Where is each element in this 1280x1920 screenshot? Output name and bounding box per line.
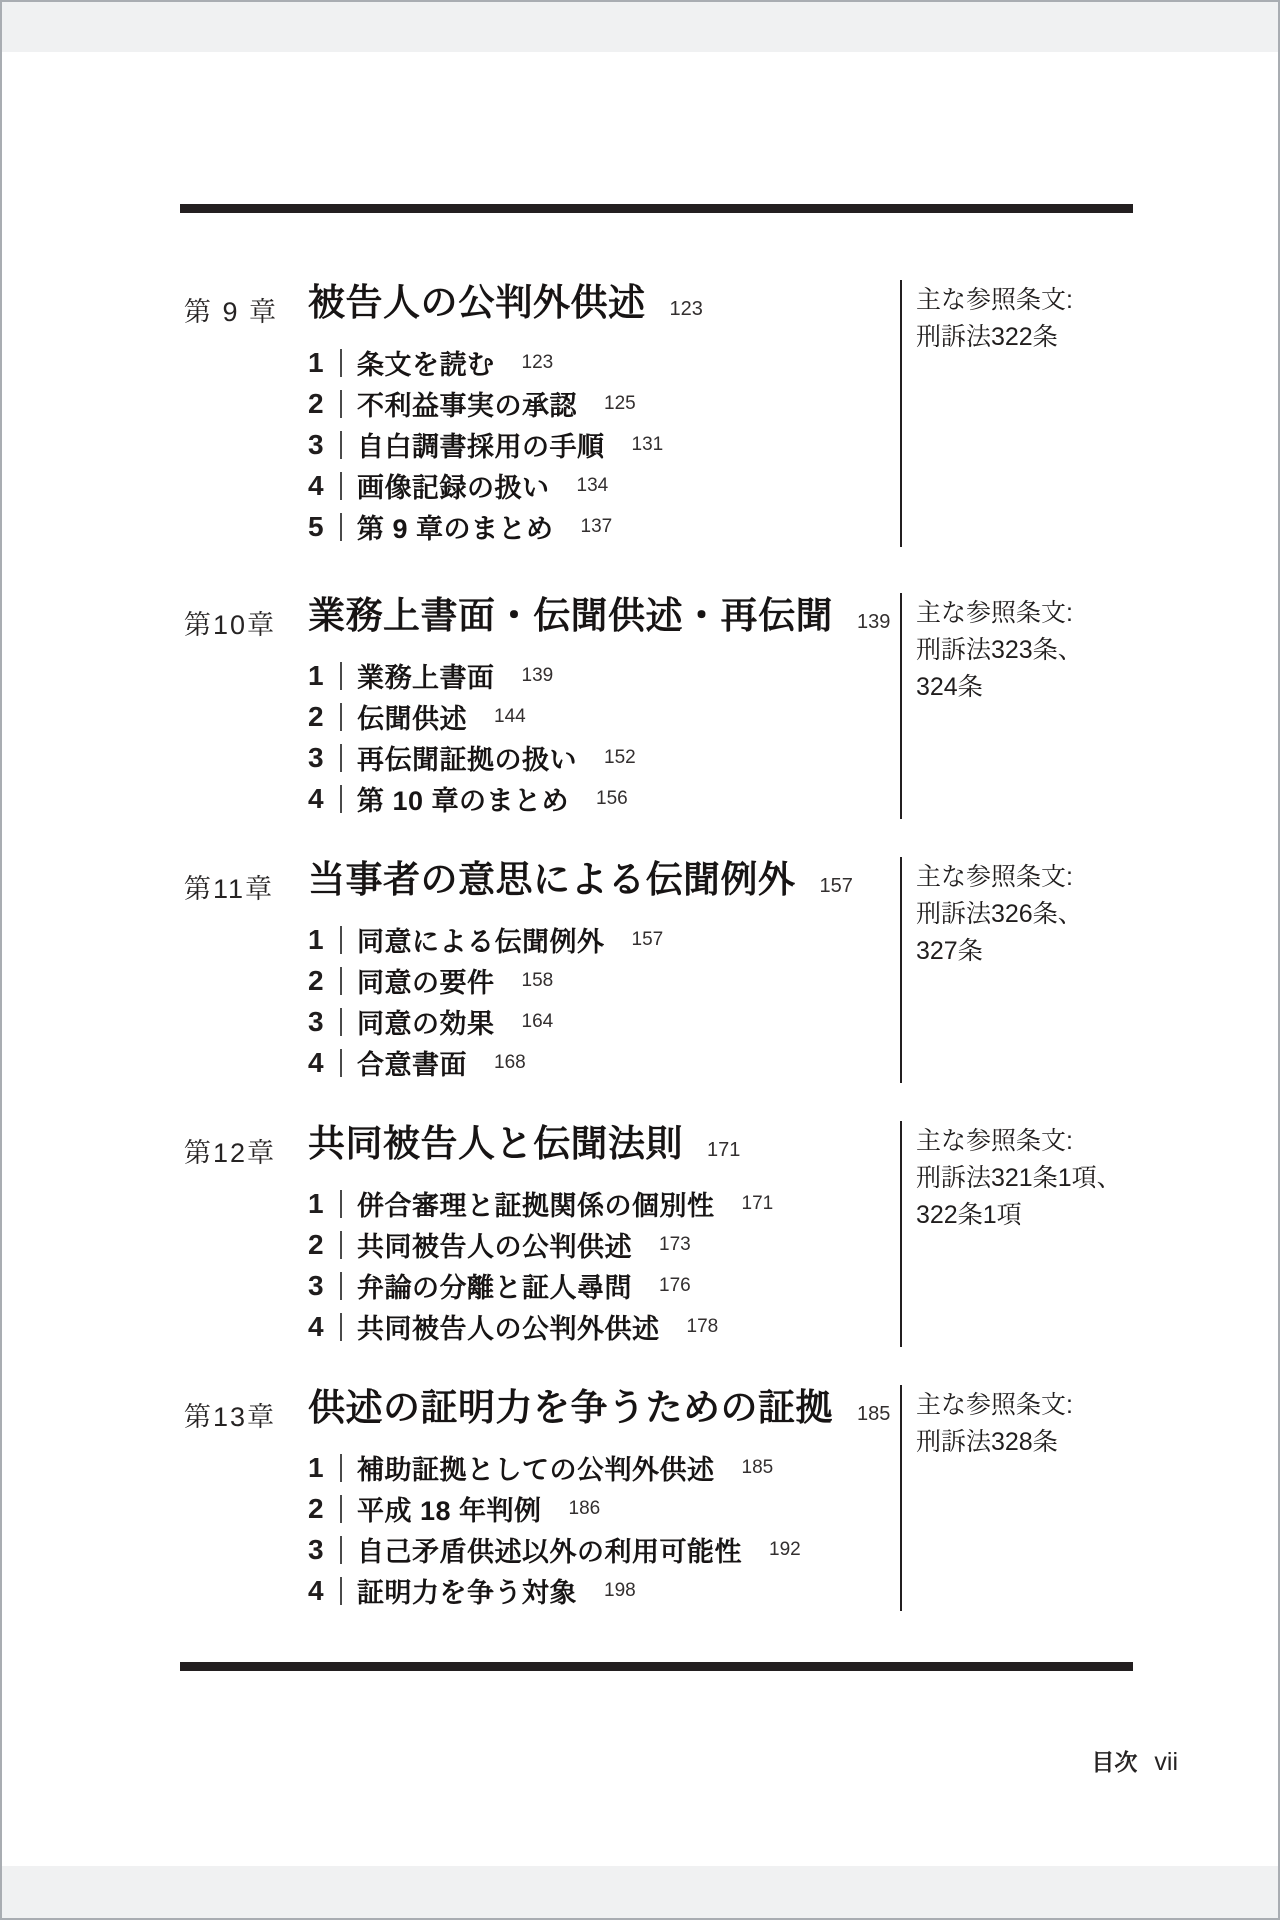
- reference-articles-column: 主な参照条文: 刑訴法322条: [900, 280, 1134, 547]
- item-page-number: 152: [604, 747, 636, 769]
- reference-line: 主な参照条文:: [916, 859, 1134, 896]
- item-page-number: 171: [742, 1193, 774, 1215]
- toc-item: 3 弁論の分離と証人尋問 176: [308, 1265, 900, 1306]
- item-title: 補助証拠としての公判外供述: [357, 1448, 715, 1487]
- item-page-number: 178: [687, 1316, 719, 1338]
- item-page-number: 176: [659, 1275, 691, 1297]
- toc-item: 3 同意の効果 164: [308, 1001, 900, 1042]
- item-number: 3: [308, 1534, 336, 1566]
- item-number: 3: [308, 1006, 336, 1038]
- reference-articles-column: 主な参照条文: 刑訴法321条1項、 322条1項: [900, 1121, 1134, 1347]
- reference-line: 主な参照条文:: [916, 1123, 1134, 1160]
- reference-articles-column: 主な参照条文: 刑訴法323条、 324条: [900, 593, 1134, 819]
- chapter-page-number: 139: [857, 611, 890, 634]
- item-title: 自白調書採用の手順: [357, 425, 605, 464]
- item-divider: [340, 967, 342, 995]
- toc-item: 2 伝聞供述 144: [308, 696, 900, 737]
- item-divider: [340, 1495, 342, 1523]
- chapter-11-section: 第11章 当事者の意思による伝聞例外 157 1 同意による伝聞例外 157 2: [184, 857, 1134, 1083]
- chapter-label: 第12章: [184, 1121, 308, 1347]
- reference-line: 主な参照条文:: [916, 282, 1134, 319]
- reference-line: 刑訴法328条: [916, 1424, 1134, 1461]
- item-title: 共同被告人の公判外供述: [357, 1307, 660, 1346]
- chapter-9-section: 第 9 章 被告人の公判外供述 123 1 条文を読む 123 2: [184, 280, 1134, 547]
- item-divider: [340, 1536, 342, 1564]
- chapter-item-list: 1 補助証拠としての公判外供述 185 2 平成 18 年判例 186 3: [308, 1447, 900, 1611]
- chapter-item-list: 1 同意による伝聞例外 157 2 同意の要件 158 3 同意の: [308, 919, 900, 1083]
- toc-item: 4 画像記録の扱い 134: [308, 465, 900, 506]
- item-title: 条文を読む: [357, 343, 495, 382]
- reference-articles-column: 主な参照条文: 刑訴法328条: [900, 1385, 1134, 1611]
- chapter-title-row: 供述の証明力を争うための証拠 185: [308, 1385, 900, 1431]
- item-title: 証明力を争う対象: [357, 1571, 577, 1610]
- chapter-page-number: 185: [857, 1403, 890, 1426]
- item-divider: [340, 926, 342, 954]
- chapter-main-column: 被告人の公判外供述 123 1 条文を読む 123 2 不利益事実の承認 125: [308, 280, 900, 547]
- reference-articles-column: 主な参照条文: 刑訴法326条、 327条: [900, 857, 1134, 1083]
- item-number: 4: [308, 470, 336, 502]
- item-title: 自己矛盾供述以外の利用可能性: [357, 1530, 742, 1569]
- item-page-number: 144: [494, 706, 526, 728]
- item-page-number: 186: [569, 1498, 601, 1520]
- item-divider: [340, 1272, 342, 1300]
- item-title: 第 9 章のまとめ: [357, 507, 554, 546]
- item-divider: [340, 703, 342, 731]
- chapter-title: 供述の証明力を争うための証拠: [308, 1385, 833, 1431]
- item-page-number: 157: [632, 929, 664, 951]
- item-title: 不利益事実の承認: [357, 384, 577, 423]
- item-title: 共同被告人の公判供述: [357, 1225, 632, 1264]
- item-page-number: 123: [522, 352, 554, 374]
- item-number: 1: [308, 1188, 336, 1220]
- toc-item: 1 業務上書面 139: [308, 655, 900, 696]
- item-number: 4: [308, 1047, 336, 1079]
- page-footer: 目次 vii: [1091, 1744, 1178, 1777]
- item-page-number: 156: [596, 788, 628, 810]
- item-number: 5: [308, 511, 336, 543]
- chapter-label: 第10章: [184, 593, 308, 819]
- reference-line: 刑訴法321条1項、: [916, 1160, 1134, 1197]
- item-title: 同意の効果: [357, 1002, 495, 1041]
- item-title: 併合審理と証拠関係の個別性: [357, 1184, 715, 1223]
- chapter-title-row: 被告人の公判外供述 123: [308, 280, 900, 326]
- item-page-number: 164: [522, 1011, 554, 1033]
- page-top-margin-strip: [2, 2, 1278, 52]
- chapter-label: 第13章: [184, 1385, 308, 1611]
- item-title: 再伝聞証拠の扱い: [357, 738, 577, 777]
- chapter-page-number: 157: [820, 875, 853, 898]
- chapter-title: 業務上書面・伝聞供述・再伝聞: [308, 593, 833, 639]
- item-number: 4: [308, 1311, 336, 1343]
- item-divider: [340, 662, 342, 690]
- item-number: 3: [308, 429, 336, 461]
- toc-item: 1 併合審理と証拠関係の個別性 171: [308, 1183, 900, 1224]
- item-divider: [340, 1190, 342, 1218]
- reference-line: 主な参照条文:: [916, 595, 1134, 632]
- item-page-number: 168: [494, 1052, 526, 1074]
- toc-item: 5 第 9 章のまとめ 137: [308, 506, 900, 547]
- toc-item: 2 共同被告人の公判供述 173: [308, 1224, 900, 1265]
- item-divider: [340, 1313, 342, 1341]
- chapter-label: 第11章: [184, 857, 308, 1083]
- item-number: 1: [308, 347, 336, 379]
- item-page-number: 198: [604, 1580, 636, 1602]
- item-page-number: 173: [659, 1234, 691, 1256]
- item-number: 2: [308, 1493, 336, 1525]
- reference-line: 刑訴法326条、: [916, 896, 1134, 933]
- bottom-horizontal-rule: [180, 1662, 1133, 1671]
- item-title: 合意書面: [357, 1043, 467, 1082]
- item-title: 平成 18 年判例: [357, 1489, 542, 1528]
- toc-item: 3 再伝聞証拠の扱い 152: [308, 737, 900, 778]
- item-number: 2: [308, 965, 336, 997]
- item-page-number: 158: [522, 970, 554, 992]
- chapter-item-list: 1 業務上書面 139 2 伝聞供述 144 3 再伝聞証拠の扱い: [308, 655, 900, 819]
- chapter-title: 被告人の公判外供述: [308, 280, 646, 326]
- item-page-number: 137: [581, 516, 613, 538]
- toc-item: 2 平成 18 年判例 186: [308, 1488, 900, 1529]
- item-divider: [340, 472, 342, 500]
- toc-page: 第 9 章 被告人の公判外供述 123 1 条文を読む 123 2: [0, 0, 1280, 1920]
- item-divider: [340, 390, 342, 418]
- item-title: 弁論の分離と証人尋問: [357, 1266, 632, 1305]
- item-number: 2: [308, 388, 336, 420]
- chapter-13-section: 第13章 供述の証明力を争うための証拠 185 1 補助証拠としての公判外供述 …: [184, 1385, 1134, 1611]
- chapter-main-column: 供述の証明力を争うための証拠 185 1 補助証拠としての公判外供述 185 2…: [308, 1385, 900, 1611]
- reference-line: 刑訴法322条: [916, 319, 1134, 356]
- item-number: 3: [308, 1270, 336, 1302]
- item-number: 4: [308, 783, 336, 815]
- item-page-number: 139: [522, 665, 554, 687]
- item-title: 画像記録の扱い: [357, 466, 550, 505]
- chapter-label: 第 9 章: [184, 280, 308, 547]
- top-horizontal-rule: [180, 204, 1133, 213]
- item-divider: [340, 744, 342, 772]
- item-title: 業務上書面: [357, 656, 495, 695]
- item-divider: [340, 1231, 342, 1259]
- item-page-number: 134: [577, 475, 609, 497]
- chapter-item-list: 1 条文を読む 123 2 不利益事実の承認 125 3 自白調書: [308, 342, 900, 547]
- toc-item: 1 同意による伝聞例外 157: [308, 919, 900, 960]
- item-page-number: 131: [632, 434, 664, 456]
- chapter-page-number: 171: [707, 1139, 740, 1162]
- toc-item: 4 合意書面 168: [308, 1042, 900, 1083]
- chapter-title: 当事者の意思による伝聞例外: [308, 857, 796, 903]
- item-divider: [340, 1049, 342, 1077]
- item-page-number: 125: [604, 393, 636, 415]
- item-number: 2: [308, 701, 336, 733]
- chapter-main-column: 共同被告人と伝聞法則 171 1 併合審理と証拠関係の個別性 171 2 共同被…: [308, 1121, 900, 1347]
- toc-item: 2 不利益事実の承認 125: [308, 383, 900, 424]
- item-divider: [340, 1454, 342, 1482]
- chapter-title-row: 当事者の意思による伝聞例外 157: [308, 857, 900, 903]
- footer-page-number: vii: [1154, 1748, 1178, 1777]
- item-divider: [340, 1008, 342, 1036]
- chapter-main-column: 当事者の意思による伝聞例外 157 1 同意による伝聞例外 157 2 同意の要…: [308, 857, 900, 1083]
- item-page-number: 192: [769, 1539, 801, 1561]
- item-divider: [340, 513, 342, 541]
- item-divider: [340, 349, 342, 377]
- item-page-number: 185: [742, 1457, 774, 1479]
- item-number: 1: [308, 924, 336, 956]
- toc-item: 4 証明力を争う対象 198: [308, 1570, 900, 1611]
- reference-line: 327条: [916, 933, 1134, 970]
- toc-item: 3 自己矛盾供述以外の利用可能性 192: [308, 1529, 900, 1570]
- item-number: 3: [308, 742, 336, 774]
- item-number: 2: [308, 1229, 336, 1261]
- reference-line: 324条: [916, 669, 1134, 706]
- chapter-title-row: 業務上書面・伝聞供述・再伝聞 139: [308, 593, 900, 639]
- item-title: 第 10 章のまとめ: [357, 779, 569, 818]
- item-title: 同意による伝聞例外: [357, 920, 605, 959]
- toc-item: 3 自白調書採用の手順 131: [308, 424, 900, 465]
- toc-content: 第 9 章 被告人の公判外供述 123 1 条文を読む 123 2: [184, 280, 1134, 1649]
- toc-item: 4 共同被告人の公判外供述 178: [308, 1306, 900, 1347]
- footer-section-label: 目次: [1091, 1744, 1137, 1777]
- chapter-title: 共同被告人と伝聞法則: [308, 1121, 683, 1167]
- reference-line: 刑訴法323条、: [916, 632, 1134, 669]
- item-number: 4: [308, 1575, 336, 1607]
- chapter-main-column: 業務上書面・伝聞供述・再伝聞 139 1 業務上書面 139 2 伝聞供述 14…: [308, 593, 900, 819]
- item-divider: [340, 431, 342, 459]
- chapter-page-number: 123: [670, 298, 703, 321]
- item-title: 同意の要件: [357, 961, 495, 1000]
- item-title: 伝聞供述: [357, 697, 467, 736]
- reference-line: 主な参照条文:: [916, 1387, 1134, 1424]
- toc-item: 1 条文を読む 123: [308, 342, 900, 383]
- item-divider: [340, 1577, 342, 1605]
- item-number: 1: [308, 1452, 336, 1484]
- page-bottom-margin-strip: [2, 1866, 1278, 1918]
- chapter-12-section: 第12章 共同被告人と伝聞法則 171 1 併合審理と証拠関係の個別性 171 …: [184, 1121, 1134, 1347]
- chapter-title-row: 共同被告人と伝聞法則 171: [308, 1121, 900, 1167]
- item-number: 1: [308, 660, 336, 692]
- chapter-10-section: 第10章 業務上書面・伝聞供述・再伝聞 139 1 業務上書面 139 2: [184, 593, 1134, 819]
- item-divider: [340, 785, 342, 813]
- toc-item: 4 第 10 章のまとめ 156: [308, 778, 900, 819]
- chapter-item-list: 1 併合審理と証拠関係の個別性 171 2 共同被告人の公判供述 173 3: [308, 1183, 900, 1347]
- reference-line: 322条1項: [916, 1197, 1134, 1234]
- toc-item: 1 補助証拠としての公判外供述 185: [308, 1447, 900, 1488]
- toc-item: 2 同意の要件 158: [308, 960, 900, 1001]
